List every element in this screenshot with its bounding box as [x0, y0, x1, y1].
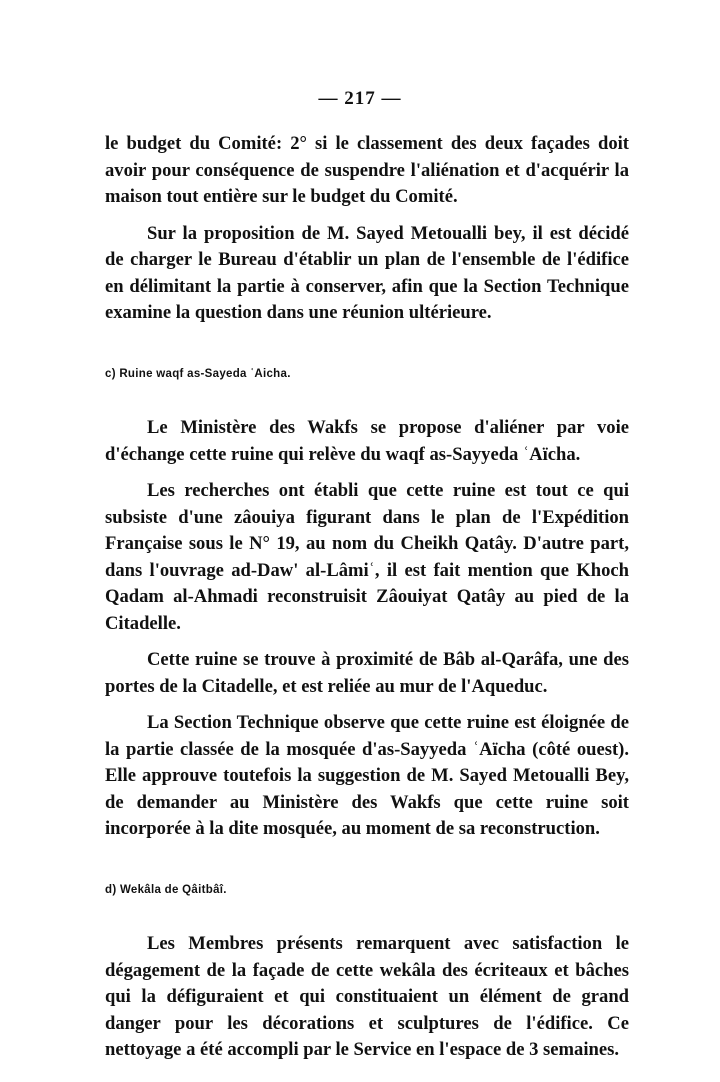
paragraph-proposition: Sur la proposition de M. Sayed Metoualli…	[105, 221, 629, 327]
paragraph-continuation: le budget du Comité: 2° si le classement…	[105, 131, 629, 211]
section-heading-d: d) Wekâla de Qâitbâî.	[105, 877, 629, 904]
page-body: le budget du Comité: 2° si le classement…	[105, 131, 629, 1064]
paragraph-ministere: Le Ministère des Wakfs se propose d'alié…	[105, 415, 629, 468]
page-number: — 217 —	[0, 88, 720, 110]
paragraph-membres: Les Membres présents remarquent avec sat…	[105, 931, 629, 1064]
section-heading-c: c) Ruine waqf as-Sayeda ʿAicha.	[105, 361, 629, 388]
paragraph-recherches: Les recherches ont établi que cette ruin…	[105, 478, 629, 637]
paragraph-section-technique: La Section Technique observe que cette r…	[105, 710, 629, 843]
paragraph-proximite: Cette ruine se trouve à proximité de Bâb…	[105, 647, 629, 700]
